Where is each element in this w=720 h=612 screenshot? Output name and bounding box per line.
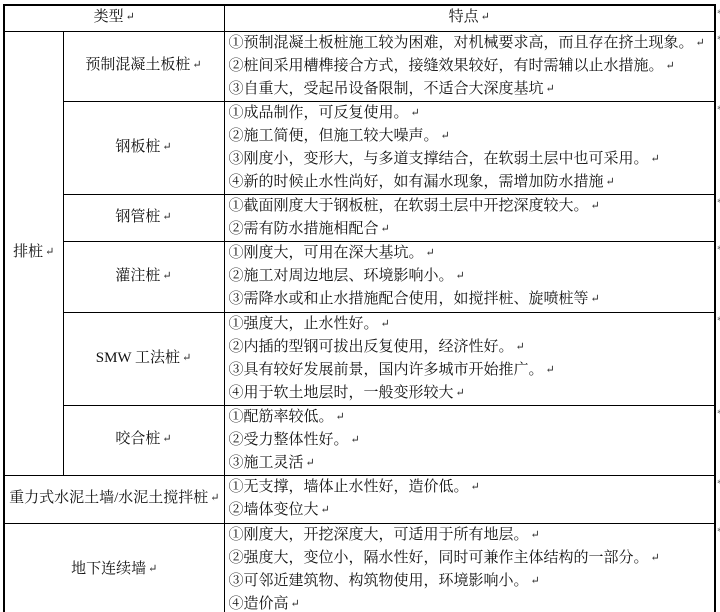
type-cell-diaphragm-wall: 地下连续墙↵ — [4, 523, 224, 612]
feature-text: ③需降水或和止水措施配合使用，如搅拌桩、旋喷桩等 — [229, 291, 589, 307]
return-mark-icon: ↵ — [162, 270, 171, 282]
group-cell-paizhuang: 排桩↵ — [4, 31, 63, 475]
return-mark-icon: ↵ — [291, 598, 300, 610]
header-type-label: 类型 — [94, 9, 124, 25]
feature-line: ①配筋率较低。↵ — [229, 406, 715, 429]
feature-line: ②墙体变位大↵ — [229, 499, 715, 522]
feature-text: ④新的时候止水性尚好，如有漏水现象，需增加防水措施 — [229, 174, 604, 190]
return-mark-icon: ↵ — [381, 318, 390, 330]
feature-line: ③刚度小，变形大，与多道支撑结合，在软弱土层中也可采用。↵ — [229, 148, 715, 171]
feature-text: ②桩间采用槽榫接合方式，接缝效果较好，有时需辅以止水措施。 — [229, 58, 664, 74]
feature-lines: ①配筋率较低。↵②受力整体性好。↵③施工灵活↵ — [229, 406, 715, 475]
table-row: SMW 工法桩↵ * ①强度大，止水性好。↵②内插的型钢可拔出反复使用，经济性好… — [4, 312, 715, 405]
return-mark-icon: ↵ — [411, 107, 420, 119]
feature-line: ①强度大，止水性好。↵ — [229, 313, 715, 336]
feature-line: ②需有防水措施相配合↵ — [229, 218, 715, 241]
feature-line: ①成品制作，可反复使用。↵ — [229, 102, 715, 125]
feature-line: ①截面刚度大于钢板桩，在软弱土层中开挖深度较大。↵ — [229, 195, 715, 218]
feature-text: ①刚度大，可用在深大基坑。 — [229, 245, 424, 261]
feature-text: ①成品制作，可反复使用。 — [229, 105, 409, 121]
feature-cell: * ①预制混凝土板桩施工较为困难，对机械要求高，而且存在挤土现象。↵②桩间采用槽… — [224, 31, 715, 101]
feature-text: ②需有防水措施相配合 — [229, 221, 379, 237]
type-cell: 预制混凝土板桩↵ — [63, 31, 224, 101]
feature-text: ②墙体变位大 — [229, 502, 319, 518]
table-row: 钢管桩↵ * ①截面刚度大于钢板桩，在软弱土层中开挖深度较大。↵②需有防水措施相… — [4, 194, 715, 241]
feature-line: ②受力整体性好。↵ — [229, 429, 715, 452]
type-cell: 灌注桩↵ — [63, 241, 224, 312]
feature-text: ③具有较好发展前景，国内许多城市开始推广。 — [229, 362, 544, 378]
feature-text: ①无支撑，墙体止水性好，造价低。 — [229, 479, 469, 495]
header-feature-label: 特点 — [449, 9, 479, 25]
feature-line: ②桩间采用槽榫接合方式，接缝效果较好，有时需辅以止水措施。↵ — [229, 55, 715, 78]
feature-lines: ①强度大，止水性好。↵②内插的型钢可拔出反复使用，经济性好。↵③具有较好发展前景… — [229, 313, 715, 405]
feature-line: ③自重大，受起吊设备限制，不适合大深度基坑↵ — [229, 78, 715, 101]
feature-cell: * ①强度大，止水性好。↵②内插的型钢可拔出反复使用，经济性好。↵③具有较好发展… — [224, 312, 715, 405]
feature-cell: * ①刚度大，开挖深度大，可适用于所有地层。↵②强度大，变位小，隔水性好，同时可… — [224, 523, 715, 612]
return-mark-icon: ↵ — [481, 11, 490, 23]
feature-line: ②施工简便，但施工较大噪声。↵ — [229, 125, 715, 148]
table-row: 灌注桩↵ * ①刚度大，可用在深大基坑。↵②施工对周边地层、环境影响小。↵③需降… — [4, 241, 715, 312]
table-row: 排桩↵ 预制混凝土板桩↵ * ①预制混凝土板桩施工较为困难，对机械要求高，而且存… — [4, 31, 715, 101]
header-row: 类型↵ * 特点↵ — [4, 5, 715, 31]
return-mark-icon: ↵ — [456, 270, 465, 282]
feature-line: ①预制混凝土板桩施工较为困难，对机械要求高，而且存在挤土现象。↵ — [229, 32, 715, 55]
feature-lines: ①成品制作，可反复使用。↵②施工简便，但施工较大噪声。↵③刚度小，变形大，与多道… — [229, 102, 715, 194]
return-mark-icon: ↵ — [45, 246, 54, 258]
return-mark-icon: ↵ — [471, 481, 480, 493]
feature-line: ①刚度大，开挖深度大，可适用于所有地层。↵ — [229, 524, 715, 547]
type-label: 钢板桩 — [115, 139, 160, 155]
return-mark-icon: ↵ — [126, 11, 135, 23]
feature-lines: ①无支撑，墙体止水性好，造价低。↵②墙体变位大↵ — [229, 476, 715, 522]
feature-text: ①配筋率较低。 — [229, 409, 334, 425]
table-row: 钢板桩↵ * ①成品制作，可反复使用。↵②施工简便，但施工较大噪声。↵③刚度小，… — [4, 101, 715, 194]
return-mark-icon: ↵ — [591, 293, 600, 305]
feature-text: ①刚度大，开挖深度大，可适用于所有地层。 — [229, 527, 529, 543]
feature-text: ③刚度小，变形大，与多道支撑结合，在软弱土层中也可采用。 — [229, 151, 649, 167]
feature-cell: * ①配筋率较低。↵②受力整体性好。↵③施工灵活↵ — [224, 405, 715, 475]
return-mark-icon: ↵ — [696, 37, 705, 49]
return-mark-icon: ↵ — [441, 130, 450, 142]
feature-text: ②受力整体性好。 — [229, 432, 349, 448]
feature-text: ①预制混凝土板桩施工较为困难，对机械要求高，而且存在挤土现象。 — [229, 35, 694, 51]
feature-cell: * ①无支撑，墙体止水性好，造价低。↵②墙体变位大↵ — [224, 475, 715, 523]
return-mark-icon: ↵ — [381, 223, 390, 235]
type-cell: 钢管桩↵ — [63, 194, 224, 241]
header-type-cell: 类型↵ — [4, 5, 224, 31]
feature-text: ②强度大，变位小，隔水性好，同时可兼作主体结构的一部分。 — [229, 550, 649, 566]
return-mark-icon: ↵ — [606, 176, 615, 188]
feature-lines: ①截面刚度大于钢板桩，在软弱土层中开挖深度较大。↵②需有防水措施相配合↵ — [229, 195, 715, 241]
feature-cell: * ①截面刚度大于钢板桩，在软弱土层中开挖深度较大。↵②需有防水措施相配合↵ — [224, 194, 715, 241]
feature-line: ④新的时候止水性尚好，如有漏水现象，需增加防水措施↵ — [229, 171, 715, 194]
type-cell: SMW 工法桩↵ — [63, 312, 224, 405]
type-label: 咬合桩 — [115, 431, 160, 447]
feature-text: ③施工灵活 — [229, 455, 304, 471]
return-mark-icon: ↵ — [651, 552, 660, 564]
pile-types-table: 类型↵ * 特点↵ 排桩↵ 预制混凝土板桩↵ * ①预制混凝土板桩施工较为困难，… — [3, 4, 716, 612]
return-mark-icon: ↵ — [531, 529, 540, 541]
feature-text: ④用于软土地层时，一般变形较大 — [229, 385, 454, 401]
feature-cell: * ①成品制作，可反复使用。↵②施工简便，但施工较大噪声。↵③刚度小，变形大，与… — [224, 101, 715, 194]
type-label: 预制混凝土板桩 — [85, 57, 190, 73]
return-mark-icon: ↵ — [321, 504, 330, 516]
return-mark-icon: ↵ — [546, 364, 555, 376]
return-mark-icon: ↵ — [192, 59, 201, 71]
return-mark-icon: ↵ — [531, 575, 540, 587]
return-mark-icon: ↵ — [516, 341, 525, 353]
return-mark-icon: ↵ — [666, 60, 675, 72]
return-mark-icon: ↵ — [162, 141, 171, 153]
feature-text: ③自重大，受起吊设备限制，不适合大深度基坑 — [229, 81, 544, 97]
feature-text: ①截面刚度大于钢板桩，在软弱土层中开挖深度较大。 — [229, 198, 589, 214]
type-label: 地下连续墙 — [71, 561, 146, 577]
table-row: 地下连续墙↵ * ①刚度大，开挖深度大，可适用于所有地层。↵②强度大，变位小，隔… — [4, 523, 715, 612]
return-mark-icon: ↵ — [148, 563, 157, 575]
return-mark-icon: ↵ — [546, 83, 555, 95]
return-mark-icon: ↵ — [651, 153, 660, 165]
document-page: 类型↵ * 特点↵ 排桩↵ 预制混凝土板桩↵ * ①预制混凝土板桩施工较为困难，… — [0, 0, 720, 612]
group-label: 排桩 — [13, 244, 43, 260]
feature-lines: ①刚度大，可用在深大基坑。↵②施工对周边地层、环境影响小。↵③需降水或和止水措施… — [229, 242, 715, 311]
feature-line: ③可邻近建筑物、构筑物使用，环境影响小。↵ — [229, 570, 715, 593]
type-label: SMW 工法桩 — [96, 350, 180, 366]
feature-lines: ①预制混凝土板桩施工较为困难，对机械要求高，而且存在挤土现象。↵②桩间采用槽榫接… — [229, 32, 715, 101]
return-mark-icon: ↵ — [210, 492, 219, 504]
return-mark-icon: ↵ — [426, 247, 435, 259]
type-label: 钢管桩 — [115, 209, 160, 225]
header-feature-cell: * 特点↵ — [224, 5, 715, 31]
feature-line: ①刚度大，可用在深大基坑。↵ — [229, 242, 715, 265]
table-row: 重力式水泥土墙/水泥土搅拌桩↵ * ①无支撑，墙体止水性好，造价低。↵②墙体变位… — [4, 475, 715, 523]
feature-text: ②施工简便，但施工较大噪声。 — [229, 128, 439, 144]
type-label: 重力式水泥土墙/水泥土搅拌桩 — [9, 490, 208, 506]
type-cell-gravity-wall: 重力式水泥土墙/水泥土搅拌桩↵ — [4, 475, 224, 523]
feature-line: ②强度大，变位小，隔水性好，同时可兼作主体结构的一部分。↵ — [229, 547, 715, 570]
feature-line: ③需降水或和止水措施配合使用，如搅拌桩、旋喷桩等↵ — [229, 288, 715, 311]
feature-line: ③施工灵活↵ — [229, 452, 715, 475]
return-mark-icon: ↵ — [456, 387, 465, 399]
feature-line: ③具有较好发展前景，国内许多城市开始推广。↵ — [229, 359, 715, 382]
return-mark-icon: ↵ — [306, 457, 315, 469]
feature-line: ④用于软土地层时，一般变形较大↵ — [229, 382, 715, 405]
feature-line: ④造价高↵ — [229, 593, 715, 612]
return-mark-icon: ↵ — [351, 434, 360, 446]
feature-line: ①无支撑，墙体止水性好，造价低。↵ — [229, 476, 715, 499]
type-cell: 钢板桩↵ — [63, 101, 224, 194]
return-mark-icon: ↵ — [182, 352, 191, 364]
feature-lines: ①刚度大，开挖深度大，可适用于所有地层。↵②强度大，变位小，隔水性好，同时可兼作… — [229, 524, 715, 612]
return-mark-icon: ↵ — [591, 200, 600, 212]
feature-text: ②内插的型钢可拔出反复使用，经济性好。 — [229, 339, 514, 355]
feature-line: ②施工对周边地层、环境影响小。↵ — [229, 265, 715, 288]
feature-text: ②施工对周边地层、环境影响小。 — [229, 268, 454, 284]
table-row: 咬合桩↵ * ①配筋率较低。↵②受力整体性好。↵③施工灵活↵ — [4, 405, 715, 475]
type-cell: 咬合桩↵ — [63, 405, 224, 475]
feature-cell: * ①刚度大，可用在深大基坑。↵②施工对周边地层、环境影响小。↵③需降水或和止水… — [224, 241, 715, 312]
return-mark-icon: ↵ — [336, 411, 345, 423]
feature-text: ①强度大，止水性好。 — [229, 316, 379, 332]
return-mark-icon: ↵ — [162, 433, 171, 445]
return-mark-icon: ↵ — [162, 211, 171, 223]
type-label: 灌注桩 — [115, 268, 160, 284]
feature-line: ②内插的型钢可拔出反复使用，经济性好。↵ — [229, 336, 715, 359]
feature-text: ③可邻近建筑物、构筑物使用，环境影响小。 — [229, 573, 529, 589]
feature-text: ④造价高 — [229, 596, 289, 612]
